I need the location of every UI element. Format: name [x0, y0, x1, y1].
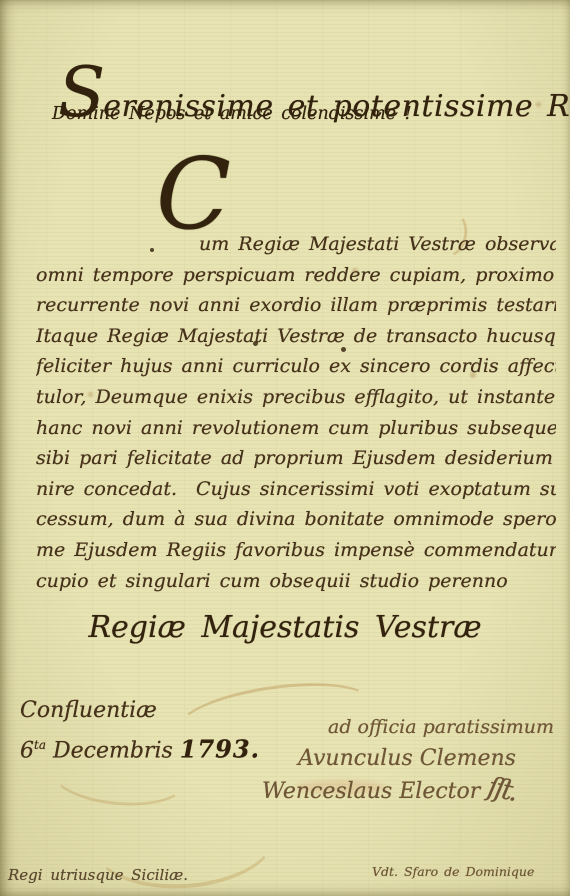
- dateline-month: Decembris: [46, 738, 180, 763]
- dateline: Confluentiæ 6ta Decembris 1793.: [20, 694, 260, 768]
- salutation-line2: Domine Nepos et amice colendissime !: [52, 104, 412, 124]
- manuscript-page: Serenissime et potentissime Rex, Domine …: [0, 0, 570, 896]
- body-line: um Regiæ Majestati Vestræ observantiam m…: [36, 229, 556, 260]
- body-line: cessum, dum à sua divina bonitate omnimo…: [36, 504, 556, 535]
- body-line: omni tempore perspicuam reddere cupiam, …: [36, 260, 556, 291]
- body-line: hanc novi anni revolutionem cum pluribus…: [36, 413, 556, 444]
- body-line: feliciter hujus anni curriculo ex sincer…: [36, 351, 556, 382]
- letter-body: um Regiæ Majestati Vestræ observantiam m…: [36, 229, 556, 596]
- body-line: cupio et singulari cum obsequii studio p…: [36, 566, 556, 597]
- dateline-place: Confluentiæ: [20, 694, 260, 728]
- dateline-date: 6ta Decembris 1793.: [20, 728, 260, 768]
- valediction: Regiæ Majestatis Vestræ: [0, 610, 570, 645]
- signature-relation: Avunculus Clemens: [298, 743, 554, 774]
- addressee-note: Regi utriusque Siciliæ.: [8, 866, 188, 884]
- signature-courtesy: ad officia paratissimum: [328, 712, 554, 743]
- body-line: recurrente novi anni exordio illam præpr…: [36, 290, 556, 321]
- dateline-day-suffix: ta: [34, 738, 46, 752]
- signature-name: Wenceslaus Electorſſt.: [262, 774, 554, 807]
- body-line: sibi pari felicitate ad proprium Ejusdem…: [36, 443, 556, 474]
- signature-name-text: Wenceslaus Elector: [262, 779, 480, 804]
- signature-paraph: ſſt.: [485, 771, 518, 807]
- body-line: Itaque Regiæ Majestati Vestræ de transac…: [36, 321, 556, 352]
- body-line: nire concedat. Cujus sincerissimi voti e…: [36, 474, 556, 505]
- body-line: tulor, Deumque enixis precibus efflagito…: [36, 382, 556, 413]
- countersignature: Vdt. Sfaro de Dominique: [372, 864, 534, 879]
- dateline-day: 6: [20, 738, 34, 763]
- body-line: me Ejusdem Regiis favoribus impensè comm…: [36, 535, 556, 566]
- signature-block: ad officia paratissimum Avunculus Clemen…: [262, 712, 554, 807]
- salutation-line1: Serenissime et potentissime Rex,: [58, 28, 570, 159]
- dateline-year: 1793.: [180, 734, 260, 763]
